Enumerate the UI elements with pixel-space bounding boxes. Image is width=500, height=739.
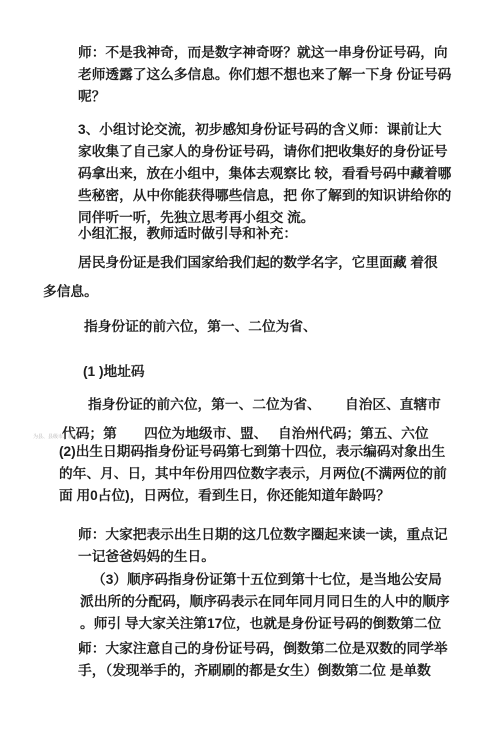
para-teacher-odd-even: 师：大家注意自己的身份证号码，倒数第二位是双数的同学举手，（发现举手的，齐刷刷的…	[78, 638, 456, 682]
para-teacher-magic-response: 师：不是我神奇，而是数字神奇呀？就这一串身份证号码，向老师透露了这么多信息。你们…	[78, 42, 452, 108]
para-address-code-line1: 指身份证的前六位，第一、二位为省、 自治区、直辖市	[88, 394, 441, 416]
para-id-card-intro-line2: 多信息。	[43, 281, 98, 303]
para-birthdate-code: (2)出生日期码指身份证号码第七到第十四位，表示编码对象出生的年、月、日，其中年…	[59, 441, 455, 507]
para-teacher-circle-digits: 师：大家把表示出生日期的这几位数字圈起来读一读，重点记一记爸爸妈妈的生日。	[78, 524, 452, 568]
margin-note-faint-text: 为县、县级市、旗。	[33, 434, 78, 440]
para-first-six-digits: 指身份证的前六位，第一、二位为省、	[84, 316, 317, 338]
heading-address-code: (1 )地址码	[83, 361, 145, 383]
document-page: 师：不是我神奇，而是数字神奇呀？就这一串身份证号码，向老师透露了这么多信息。你们…	[0, 0, 500, 739]
para-group-report: 小组汇报，教师适时做引导和补充：	[78, 223, 297, 245]
para-group-discussion-section: 3、小组讨论交流，初步感知身份证号码的含义师：课前让大家收集了自己家人的身份证号…	[78, 119, 452, 229]
para-id-card-intro-line1: 居民身份证是我们国家给我们起的数学名字，它里面藏 着很	[78, 252, 438, 274]
